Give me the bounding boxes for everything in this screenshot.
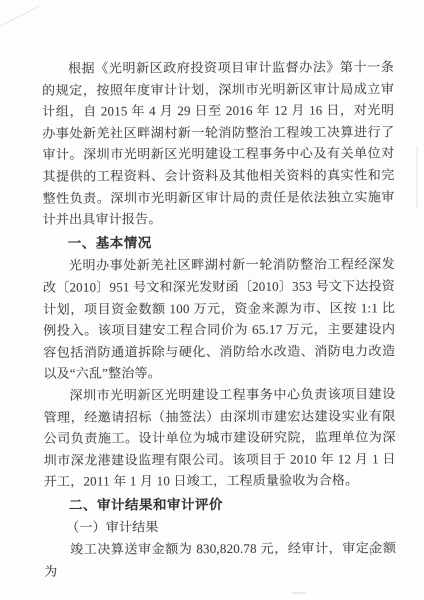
subsection-heading-audit-result: （一）审计结果 bbox=[44, 516, 396, 539]
scan-artifact-right-edge bbox=[416, 146, 418, 208]
paragraph-regulation-basis: 根据《光明新区政府投资项目审计监督办法》第十一条的规定，按照年度审计计划，深圳市… bbox=[42, 56, 395, 230]
page-number: 1 bbox=[368, 547, 373, 558]
scan-artifact-top-left bbox=[0, 6, 40, 30]
section-heading-audit-results: 二、审计结果和审计评价 bbox=[44, 493, 396, 516]
paragraph-settlement-amount: 竣工决算送审金额为 830,820.78 元，经审计，审定金额为 bbox=[44, 537, 396, 582]
document-body: 根据《光明新区政府投资项目审计监督办法》第十一条的规定，按照年度审计计划，深圳市… bbox=[42, 56, 396, 582]
section-heading-basic-info: 一、基本情况 bbox=[43, 231, 395, 254]
scan-artifact-bottom bbox=[292, 592, 306, 594]
paragraph-project-overview: 光明办事处新羌社区畔湖村新一轮消防整治工程经深发改〔2010〕951 号文和深光… bbox=[43, 254, 396, 385]
scanned-page: 根据《光明新区政府投资项目审计监督办法》第十一条的规定，按照年度审计计划，深圳市… bbox=[0, 0, 424, 600]
paragraph-construction-parties: 深圳市光明新区光明建设工程事务中心负责该项目建设管理，经邀请招标（抽签法）由深圳… bbox=[43, 383, 395, 493]
